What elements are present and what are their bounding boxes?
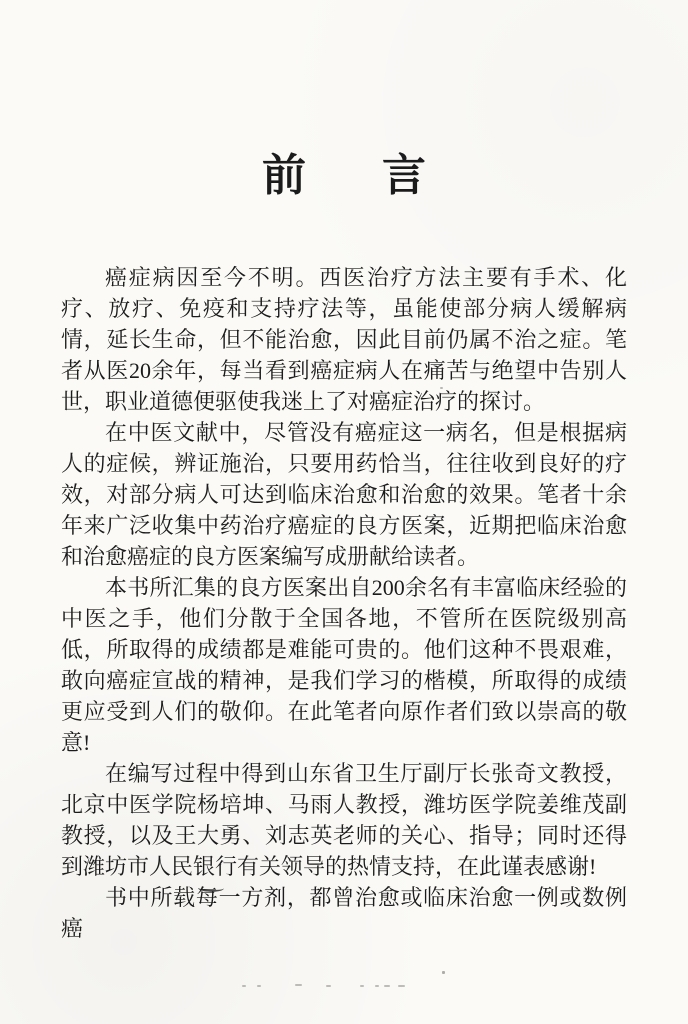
preface-paragraph: 书中所载每一方剂，都曾治愈或临床治愈一例或数例癌 [61, 882, 627, 944]
scan-speck [295, 984, 302, 986]
preface-paragraph: 在中医文献中，尽管没有癌症这一病名，但是根据病人的症候，辨证施治，只要用药恰当，… [61, 417, 627, 572]
scan-speck [440, 387, 443, 389]
scan-speck [257, 985, 261, 987]
preface-paragraph: 在编写过程中得到山东省卫生厅副厅长张奇文教授，北京中医学院杨培坤、马雨人教授，潍… [61, 758, 627, 882]
scan-speck [398, 985, 405, 987]
book-page: 前言 癌症病因至今不明。西医治疗方法主要有手术、化疗、放疗、免疫和支持疗法等，虽… [0, 0, 688, 1024]
scan-speck [384, 985, 390, 987]
scan-speck [326, 985, 331, 987]
scan-speck [375, 985, 379, 987]
scan-speck [442, 971, 445, 974]
preface-body: 癌症病因至今不明。西医治疗方法主要有手术、化疗、放疗、免疫和支持疗法等，虽能使部… [61, 262, 627, 944]
preface-paragraph: 癌症病因至今不明。西医治疗方法主要有手术、化疗、放疗、免疫和支持疗法等，虽能使部… [61, 262, 627, 417]
page-title: 前言 [0, 0, 688, 202]
preface-paragraph: 本书所汇集的良方医案出自200余名有丰富临床经验的中医之手，他们分散于全国各地，… [61, 572, 627, 758]
scan-speck [242, 985, 246, 987]
scan-speck [360, 985, 364, 987]
title-char-qian: 前 [262, 151, 306, 200]
title-char-yan: 言 [382, 151, 426, 200]
